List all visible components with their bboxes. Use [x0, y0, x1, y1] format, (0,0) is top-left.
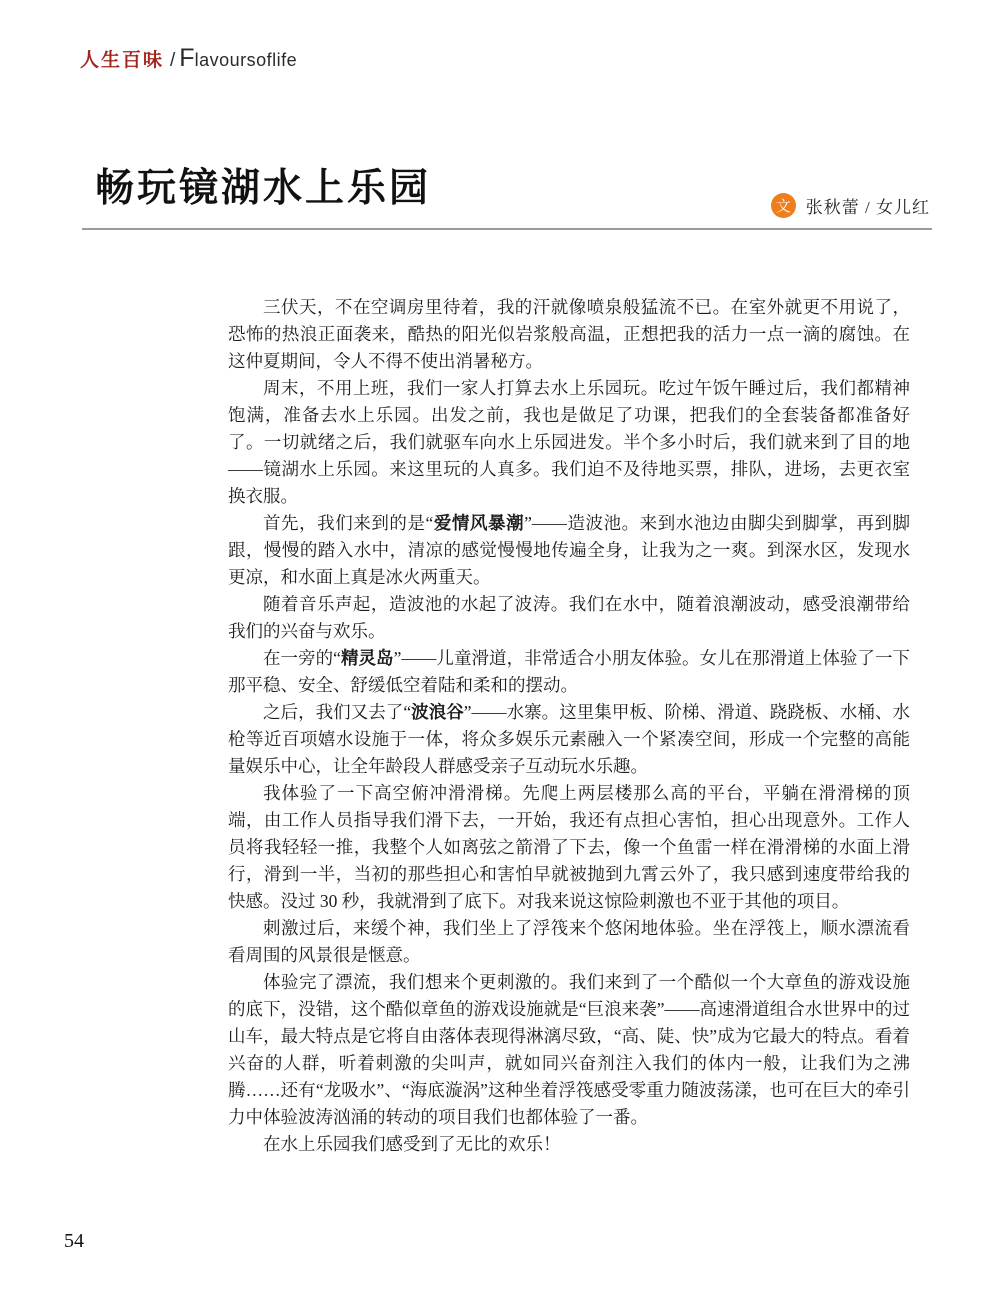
text-segment: 精灵岛	[341, 648, 394, 668]
section-en-rest: lavoursoflife	[195, 50, 298, 70]
paragraph: 周末，不用上班，我们一家人打算去水上乐园玩。吃过午饭午睡过后，我们都精神饱满，准…	[228, 375, 910, 510]
text-segment: 在一旁的“	[263, 648, 341, 668]
paragraph: 在一旁的“精灵岛”——儿童滑道，非常适合小朋友体验。女儿在那滑道上体验了一下那平…	[228, 645, 910, 699]
text-segment: 波浪谷	[411, 702, 464, 722]
text-segment: 在水上乐园我们感受到了无比的欢乐！	[263, 1134, 561, 1154]
text-segment: 周末，不用上班，我们一家人打算去水上乐园玩。吃过午饭午睡过后，我们都精神饱满，准…	[228, 378, 910, 506]
text-segment: 之后，我们又去了“	[263, 702, 411, 722]
article-body: 三伏天，不在空调房里待着，我的汗就像喷泉般猛流不已。在室外就更不用说了，恐怖的热…	[228, 294, 910, 1158]
author-text-icon: 文	[771, 193, 796, 218]
text-segment: 爱情风暴潮	[433, 513, 524, 533]
paragraph: 随着音乐声起，造波池的水起了波涛。我们在水中，随着浪潮波动，感受浪潮带给我们的兴…	[228, 591, 910, 645]
section-header: 人生百味/Flavoursoflife	[80, 44, 297, 73]
magazine-page: 人生百味/Flavoursoflife 畅玩镜湖水上乐园 文 张秋蕾 / 女儿红…	[0, 0, 1000, 1300]
text-segment: 体验完了漂流，我们想来个更刺激的。我们来到了一个酷似一个大章鱼的游戏设施的底下，…	[228, 972, 910, 1127]
paragraph: 在水上乐园我们感受到了无比的欢乐！	[228, 1131, 910, 1158]
section-title-en: Flavoursoflife	[179, 53, 297, 70]
paragraph: 首先，我们来到的是“爱情风暴潮”——造波池。来到水池边由脚尖到脚掌，再到脚跟，慢…	[228, 510, 910, 591]
text-segment: 我体验了一下高空俯冲滑滑梯。先爬上两层楼那么高的平台，平躺在滑滑梯的顶端，由工作…	[228, 783, 910, 911]
section-en-initial: F	[179, 44, 194, 72]
section-title-cn: 人生百味	[80, 50, 164, 71]
paragraph: 体验完了漂流，我们想来个更刺激的。我们来到了一个酷似一个大章鱼的游戏设施的底下，…	[228, 969, 910, 1131]
text-segment: 刺激过后，来缓个神，我们坐上了浮筏来个悠闲地体验。坐在浮筏上，顺水漂流看看周围的…	[228, 918, 910, 965]
divider-line	[82, 228, 932, 230]
title-block: 畅玩镜湖水上乐园 文 张秋蕾 / 女儿红	[95, 160, 930, 222]
paragraph: 我体验了一下高空俯冲滑滑梯。先爬上两层楼那么高的平台，平躺在滑滑梯的顶端，由工作…	[228, 780, 910, 915]
page-number: 54	[64, 1230, 84, 1253]
text-segment: 随着音乐声起，造波池的水起了波涛。我们在水中，随着浪潮波动，感受浪潮带给我们的兴…	[228, 594, 910, 641]
text-segment: 三伏天，不在空调房里待着，我的汗就像喷泉般猛流不已。在室外就更不用说了，恐怖的热…	[228, 297, 910, 371]
section-separator: /	[170, 50, 175, 71]
byline: 文 张秋蕾 / 女儿红	[771, 193, 930, 218]
paragraph: 之后，我们又去了“波浪谷”——水寨。这里集甲板、阶梯、滑道、跷跷板、水桶、水枪等…	[228, 699, 910, 780]
author-name: 张秋蕾 / 女儿红	[806, 193, 930, 218]
paragraph: 三伏天，不在空调房里待着，我的汗就像喷泉般猛流不已。在室外就更不用说了，恐怖的热…	[228, 294, 910, 375]
text-segment: 首先，我们来到的是“	[263, 513, 433, 533]
paragraph: 刺激过后，来缓个神，我们坐上了浮筏来个悠闲地体验。坐在浮筏上，顺水漂流看看周围的…	[228, 915, 910, 969]
